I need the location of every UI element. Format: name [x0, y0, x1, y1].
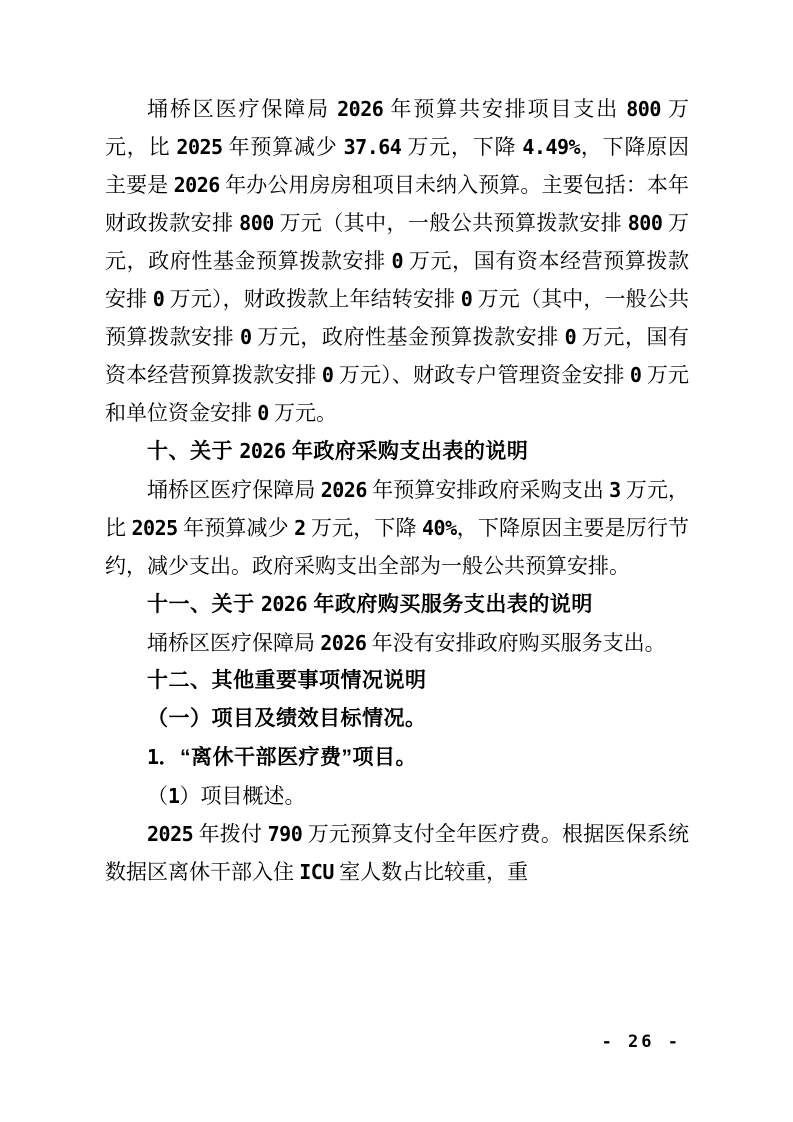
page-footer: - 26 -: [602, 1032, 681, 1052]
section-heading: 十二、其他重要事项情况说明: [105, 662, 689, 700]
section-heading: 十一、关于 2026 年政府购买服务支出表的说明: [105, 585, 689, 624]
latin-numeric-text: 2026: [261, 592, 307, 616]
section-heading: 1．“离休干部医疗费”项目。: [105, 738, 689, 777]
latin-numeric-text: ICU: [299, 860, 334, 884]
body-paragraph: 埇桥区医疗保障局 2026 年预算共安排项目支出 800 万元，比 2025 年…: [105, 90, 689, 432]
latin-numeric-text: 0: [153, 287, 165, 311]
latin-numeric-text: 0: [630, 363, 642, 387]
latin-numeric-text: 2026: [320, 631, 366, 655]
latin-numeric-text: 0: [565, 325, 577, 349]
latin-numeric-text: 1: [168, 784, 180, 808]
latin-numeric-text: 0: [257, 401, 269, 425]
latin-numeric-text: 0: [322, 363, 334, 387]
latin-numeric-text: 2026: [321, 478, 367, 502]
latin-numeric-text: 2026: [174, 173, 220, 197]
latin-numeric-text: 37.64: [344, 135, 402, 159]
latin-numeric-text: 2025: [176, 135, 222, 159]
document-page: 埇桥区医疗保障局 2026 年预算共安排项目支出 800 万元，比 2025 年…: [0, 0, 793, 1122]
latin-numeric-text: 4.49%: [522, 135, 580, 159]
latin-numeric-text: 2: [294, 516, 306, 540]
document-body: 埇桥区医疗保障局 2026 年预算共安排项目支出 800 万元，比 2025 年…: [105, 90, 689, 891]
body-paragraph: 埇桥区医疗保障局 2026 年预算安排政府采购支出 3 万元，比 2025 年预…: [105, 471, 689, 585]
latin-numeric-text: 1: [147, 745, 159, 769]
latin-numeric-text: 0: [461, 287, 473, 311]
latin-numeric-text: 2026: [239, 439, 285, 463]
latin-numeric-text: 0: [392, 249, 404, 273]
latin-numeric-text: 40%: [422, 516, 457, 540]
latin-numeric-text: 800: [239, 211, 274, 235]
latin-numeric-text: 0: [240, 325, 252, 349]
latin-numeric-text: 790: [268, 822, 303, 846]
body-paragraph: （1）项目概述。: [105, 777, 689, 815]
latin-numeric-text: 3: [609, 478, 621, 502]
latin-numeric-text: 2025: [132, 516, 178, 540]
section-heading: （一）项目及绩效目标情况。: [105, 700, 689, 738]
body-paragraph: 2025 年拨付 790 万元预算支付全年医疗费。根据医保系统数据区离休干部入住…: [105, 815, 689, 891]
page-number: - 26 -: [602, 1032, 681, 1052]
body-paragraph: 埇桥区医疗保障局 2026 年没有安排政府购买服务支出。: [105, 624, 689, 662]
latin-numeric-text: 2026: [337, 97, 383, 121]
latin-numeric-text: 800: [628, 211, 663, 235]
section-heading: 十、关于 2026 年政府采购支出表的说明: [105, 432, 689, 471]
latin-numeric-text: 2025: [147, 822, 193, 846]
latin-numeric-text: 800: [626, 97, 661, 121]
